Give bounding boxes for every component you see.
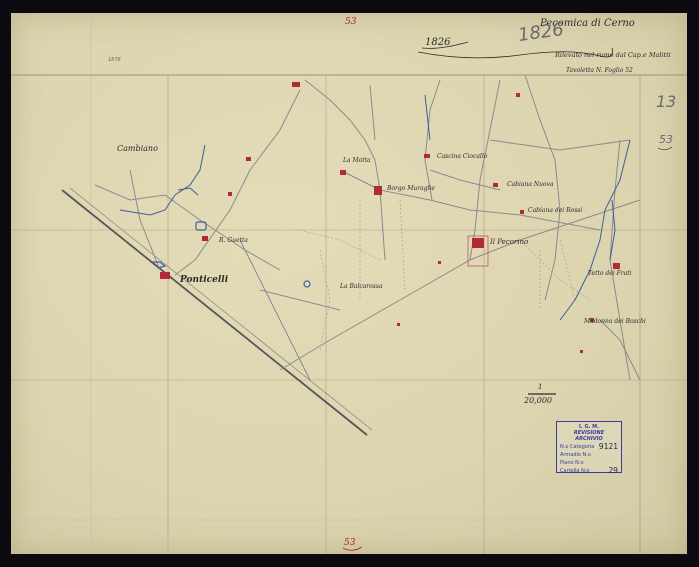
place-cascina-ciocallo: Cascina Ciocallo xyxy=(437,153,487,160)
stamp-label: Piano N.o xyxy=(560,460,584,466)
place-il-pecorino: Il Pecorino xyxy=(490,238,528,246)
right-red-flourish xyxy=(658,147,672,150)
railway-line xyxy=(62,188,372,435)
year-ink: 1826 xyxy=(425,37,450,48)
scale-denominator: 20,000 xyxy=(524,396,552,405)
place-borgo-muraglie: Borgo Muraglie xyxy=(387,185,435,192)
buildings xyxy=(160,82,620,353)
scale-numerator: 1 xyxy=(538,383,542,391)
map-subtitle: Rilevato nel rumo dal Cap.e Malitti xyxy=(555,51,671,59)
stamp-value: 9121 xyxy=(599,444,618,450)
field-boundaries xyxy=(300,200,590,350)
stamp-label: Cartella N.o xyxy=(560,468,589,474)
place-la-motta: La Motta xyxy=(343,157,371,164)
stamp-title: REVISIONE ARCHIVIO xyxy=(560,430,618,442)
right-red-note: 53 xyxy=(659,133,673,146)
stamp-label: Armadio N.o xyxy=(560,452,591,458)
place-tetto-dei-frati: Tetto dei Frati xyxy=(588,270,632,277)
ponds xyxy=(150,222,310,287)
stamp-label: N.o Categoria xyxy=(560,444,594,450)
place-cabiana-nuova: Cabiana Nuova xyxy=(507,181,554,188)
place-r-guetta: R. Guetta xyxy=(219,237,248,244)
place-la-balcarossa: La Balcarossa xyxy=(340,283,383,290)
top-red-note: 53 xyxy=(345,17,356,27)
place-cambiano: Cambiano xyxy=(117,144,158,153)
stamp-row-categoria: N.o Categoria 9121 xyxy=(560,444,618,450)
archive-stamp: I. G. M. REVISIONE ARCHIVIO N.o Categori… xyxy=(556,421,622,473)
stamp-value: 29 xyxy=(608,468,618,474)
sheet-reference: Tavoletta N. Foglio 52 xyxy=(566,67,633,74)
place-madonna-dei-boschi: Madonna dei Boschi xyxy=(584,318,646,325)
place-cabiana-dei-rossi: Cabiana dei Rossi xyxy=(528,207,582,214)
stamp-row-armadio: Armadio N.o xyxy=(560,452,618,458)
stamp-row-cartella: Cartella N.o 29 xyxy=(560,468,618,474)
place-ponticelli: Ponticelli xyxy=(180,275,228,285)
right-pencil-note: 13 xyxy=(656,92,676,111)
top-left-pencil-note: 1878 xyxy=(108,57,121,63)
roads xyxy=(95,75,640,380)
bottom-red-note: 53 xyxy=(344,538,355,548)
